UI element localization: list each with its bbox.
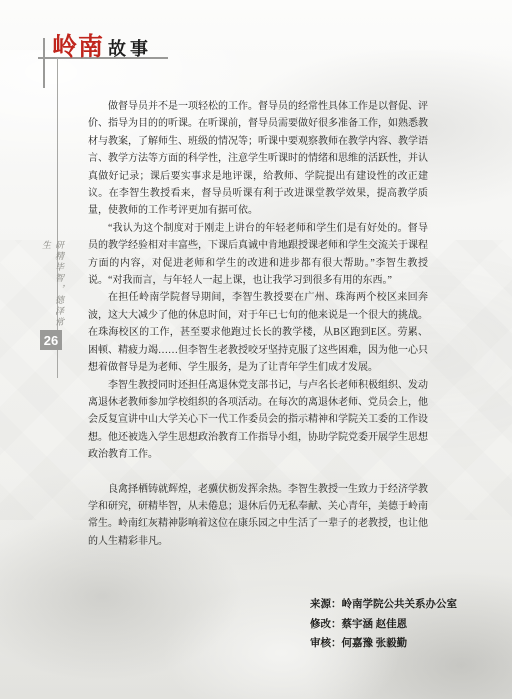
paragraph-two-campuses: 在担任岭南学院督导期间，李智生教授要在广州、珠海两个校区来回奔波，这大大减少了他… (88, 289, 428, 376)
magazine-page: 岭南故事 研精毕智，德泽常生 26 做督导员并不是一项轻松的工作。督导员的经常性… (0, 0, 512, 699)
paragraph-supervision-work: 做督导员并不是一项轻松的工作。督导员的经常性具体工作是以督促、评价、指导为目的的… (88, 98, 428, 220)
article-body: 做督导员并不是一项轻松的工作。督导员的经常性具体工作是以督促、评价、指导为目的的… (88, 98, 428, 550)
paragraph-closing: 良禽择栖铸就辉煌，老骥伏枥发挥余热。李智生教授一生致力于经济学教学和研究，研精毕… (88, 481, 428, 551)
page-title: 岭南故事 (52, 26, 152, 63)
page-title-red-part: 岭南 (52, 33, 104, 61)
credit-review-line: 审核：何嘉豫 张毅勤 (310, 634, 457, 654)
credit-source-line: 来源：岭南学院公共关系办公室 (310, 595, 457, 615)
paragraph-quote: “我认为这个制度对于刚走上讲台的年轻老师和学生们是有好处的。督导员的教学经验相对… (88, 220, 428, 290)
credits-block: 来源：岭南学院公共关系办公室 修改：蔡宇涵 赵佳恩 审核：何嘉豫 张毅勤 (310, 595, 457, 654)
page-title-black-part: 故事 (108, 39, 152, 59)
vertical-motto-text: 研精毕智，德泽常生 (40, 240, 66, 336)
page-number-badge: 26 (40, 330, 62, 350)
credit-edit-line: 修改：蔡宇涵 赵佳恩 (310, 615, 457, 635)
header-cross-vertical-rule (43, 38, 45, 88)
paragraph-party-branch: 李智生教授同时还担任离退休党支部书记，与卢名长老师积极组织、发动离退休老教师参加… (88, 377, 428, 464)
